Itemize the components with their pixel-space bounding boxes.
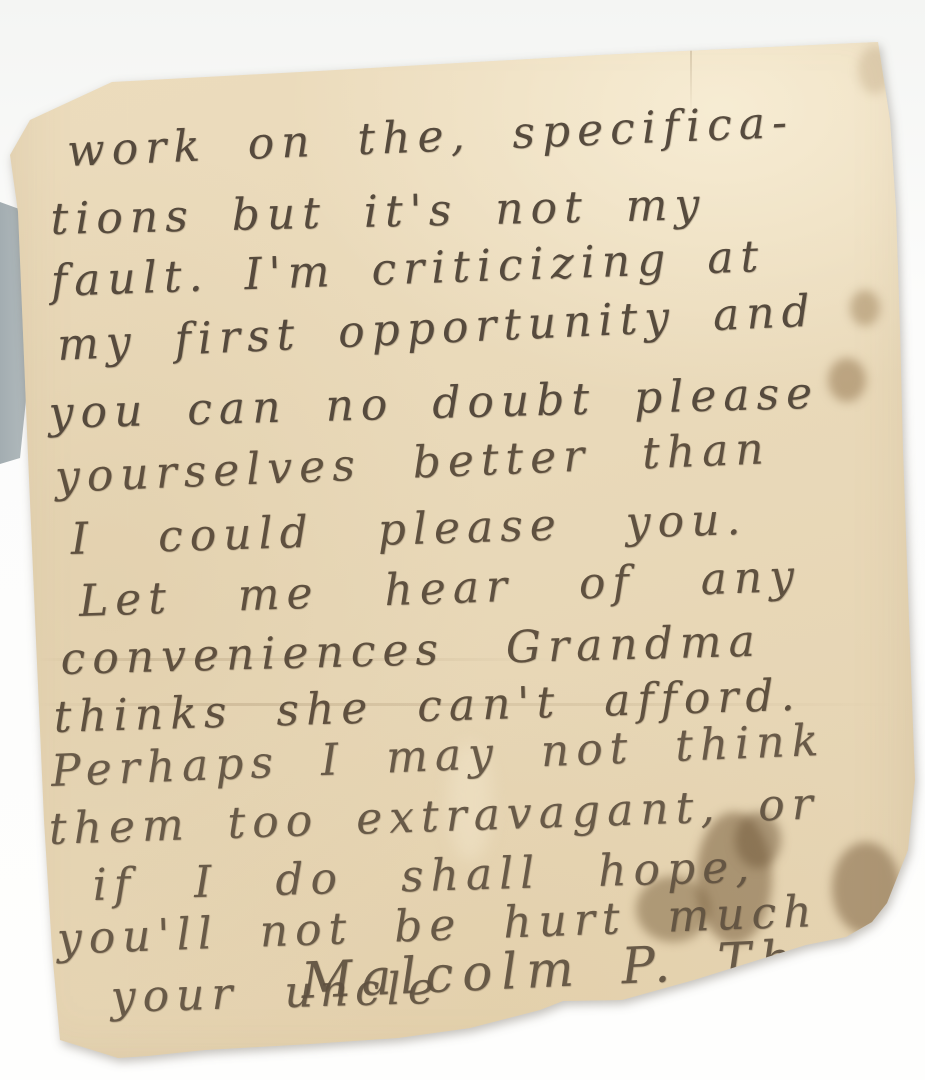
letter-paper: work on the, specifica- tions but it's n…	[0, 0, 925, 1080]
edge-stain	[858, 46, 892, 94]
letter-line: I could please you.	[70, 494, 748, 565]
letter-line: tions but it's not my	[50, 179, 707, 245]
fold-crease	[28, 67, 113, 101]
letter-line: work on the, specifica-	[66, 97, 795, 177]
ink-stain	[850, 290, 880, 326]
ink-stain	[832, 842, 900, 934]
paper-shadow: work on the, specifica- tions but it's n…	[0, 0, 925, 1080]
ink-stain	[828, 358, 866, 402]
letter-line: Let me hear of any	[78, 551, 802, 627]
